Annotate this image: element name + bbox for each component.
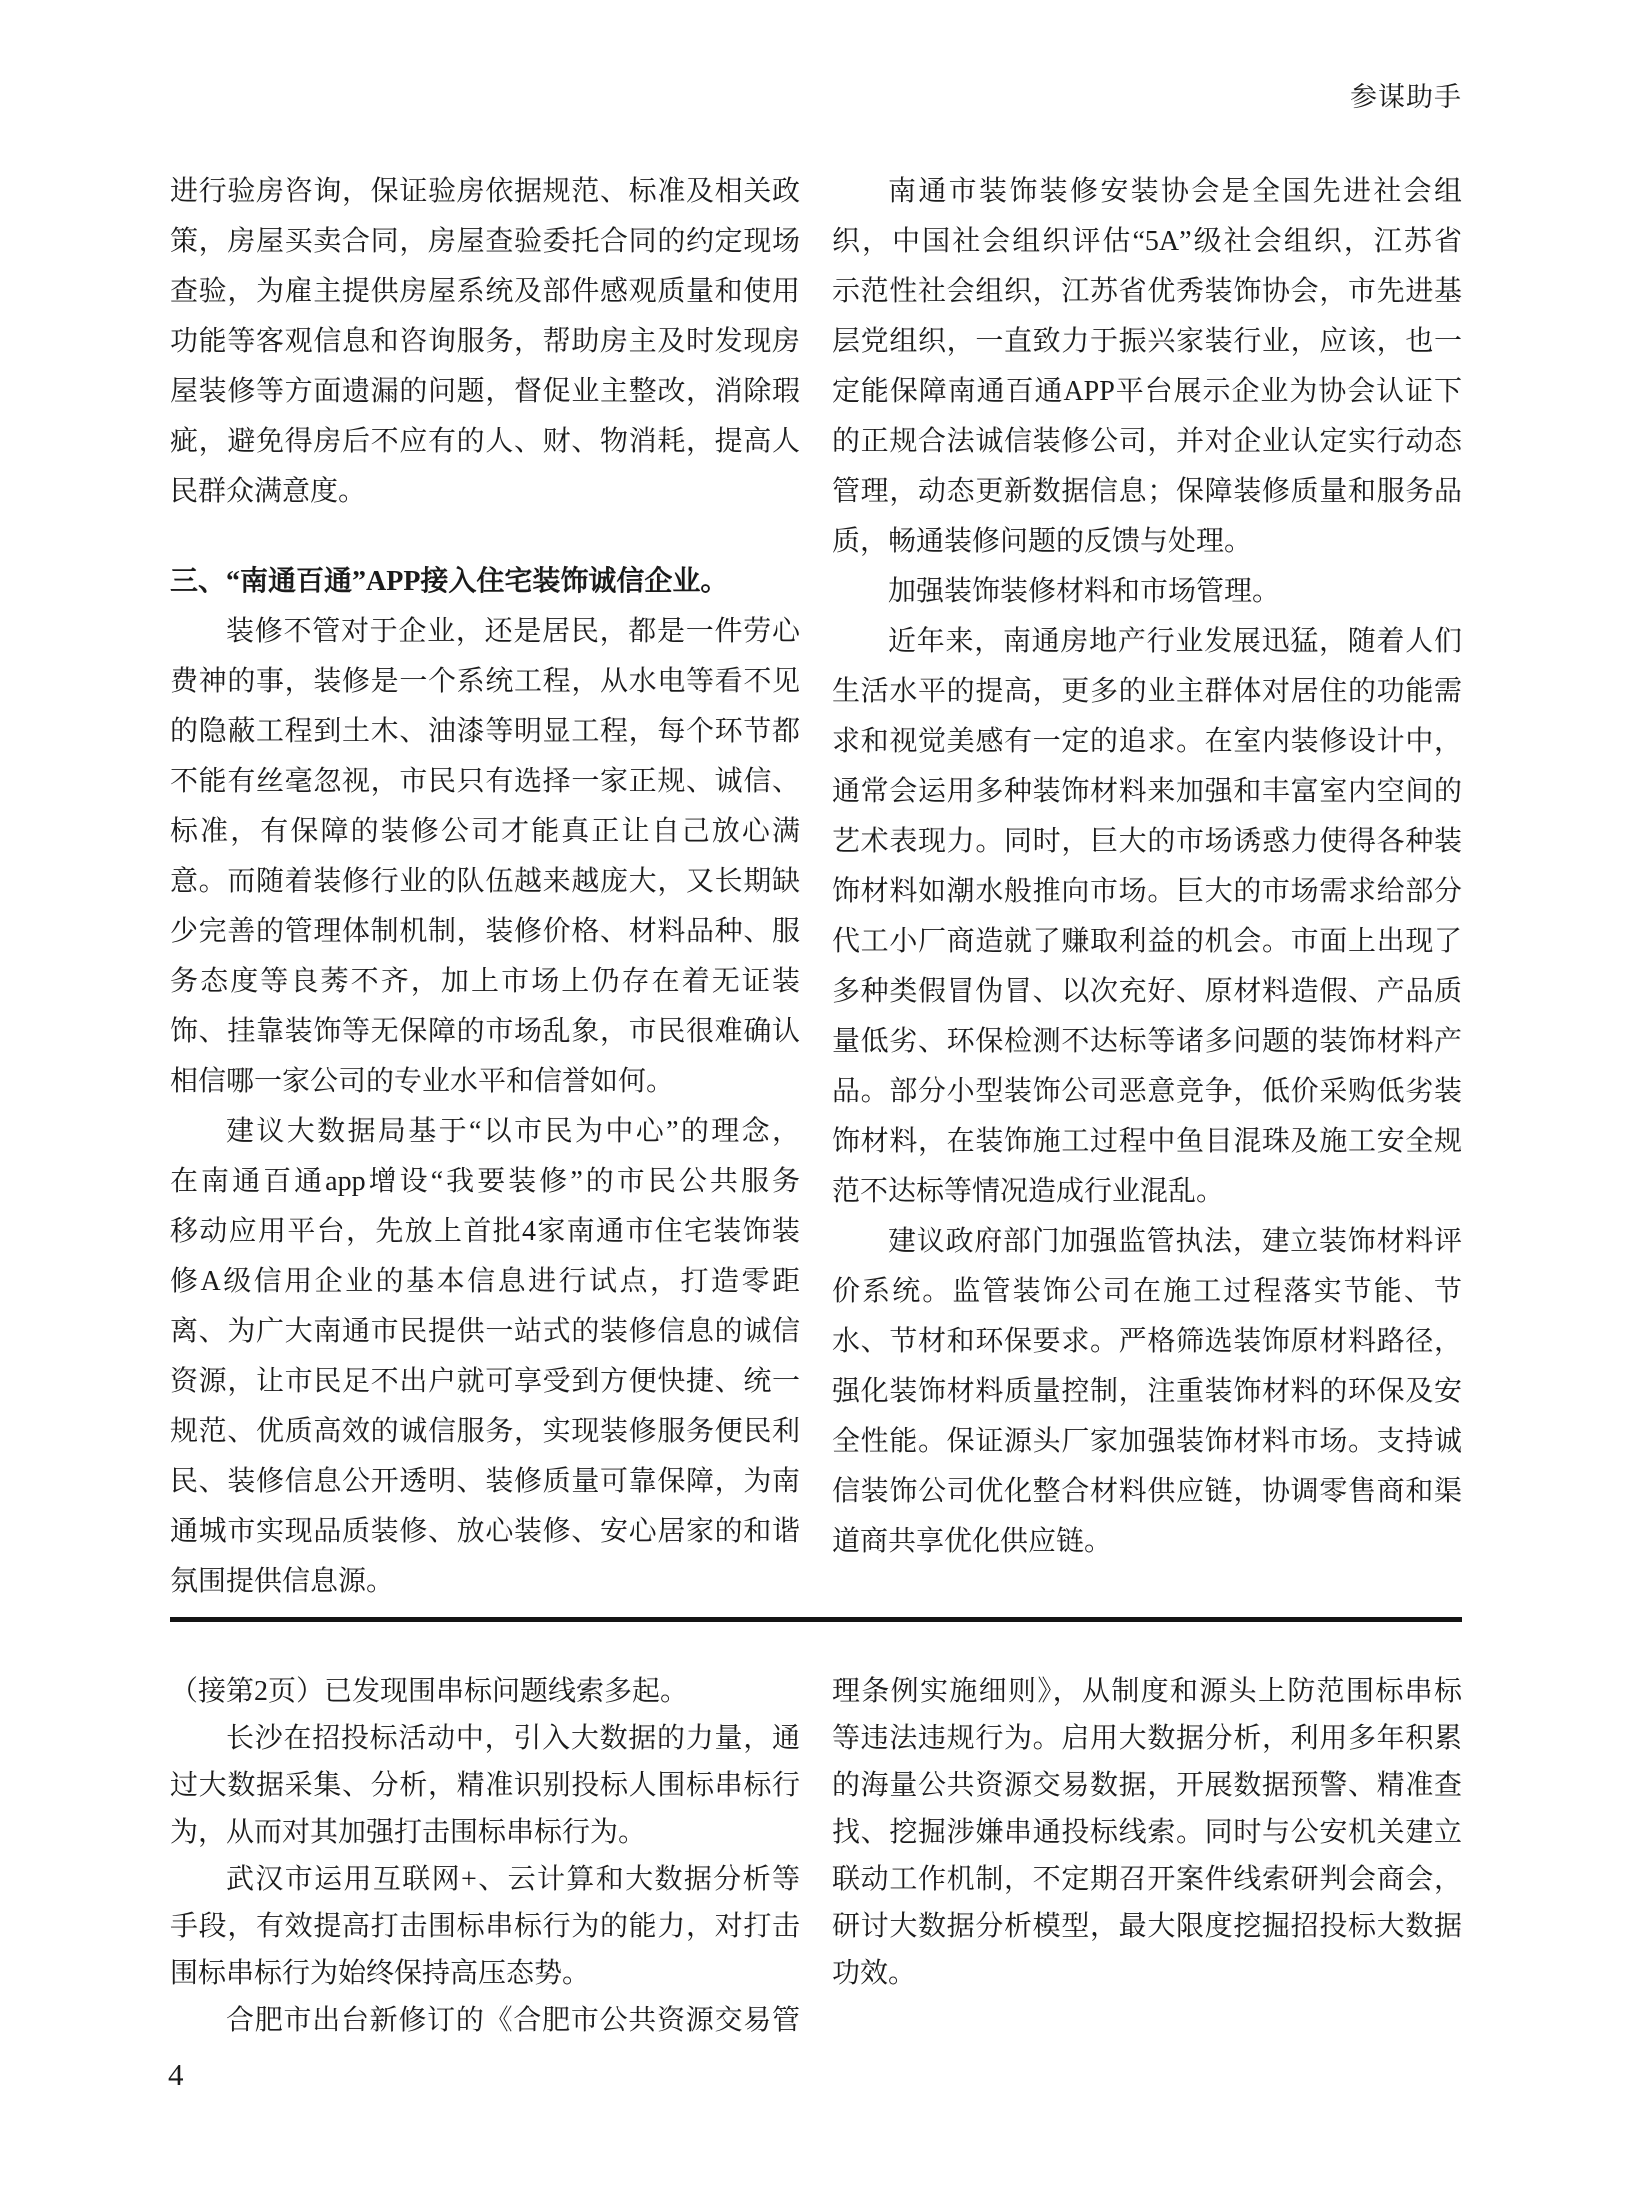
text-line: 质，畅通装修问题的反馈与处理。 [832, 517, 1462, 567]
text-line: 生活水平的提高，更多的业主群体对居住的功能需 [832, 667, 1462, 717]
text-line: 在南通百通app增设“我要装修”的市民公共服务 [170, 1157, 800, 1207]
text-line: 规范、优质高效的诚信服务，实现装修服务便民利 [170, 1407, 800, 1457]
text-line: 定能保障南通百通APP平台展示企业为协会认证下 [832, 367, 1462, 417]
text-line: 示范性社会组织，江苏省优秀装饰协会，市先进基 [832, 267, 1462, 317]
text-line: 价系统。监管装饰公司在施工过程落实节能、节 [832, 1267, 1462, 1317]
text-line: 层党组织，一直致力于振兴家装行业，应该，也一 [832, 317, 1462, 367]
text-line: 为，从而对其加强打击围标串标行为。 [170, 1809, 800, 1856]
top-section: 进行验房咨询，保证验房依据规范、标准及相关政策，房屋买卖合同，房屋查验委托合同的… [170, 167, 1462, 1607]
top-right-column: 南通市装饰装修安装协会是全国先进社会组织，中国社会组织评估“5A”级社会组织，江… [832, 167, 1462, 1607]
text-line: 多种类假冒伪冒、以次充好、原材料造假、产品质 [832, 967, 1462, 1017]
text-line: 进行验房咨询，保证验房依据规范、标准及相关政 [170, 167, 800, 217]
bottom-left-column: （接第2页）已发现围串标问题线索多起。长沙在招投标活动中，引入大数据的力量，通过… [170, 1668, 800, 2044]
text-line: 务态度等良莠不齐，加上市场上仍存在着无证装 [170, 957, 800, 1007]
text-line: 屋装修等方面遗漏的问题，督促业主整改，消除瑕 [170, 367, 800, 417]
text-line: 代工小厂商造就了赚取利益的机会。市面上出现了 [832, 917, 1462, 967]
text-line: 道商共享优化供应链。 [832, 1517, 1462, 1567]
text-line: 信装饰公司优化整合材料供应链，协调零售商和渠 [832, 1467, 1462, 1517]
text-line: 的正规合法诚信装修公司，并对企业认定实行动态 [832, 417, 1462, 467]
text-line: 功能等客观信息和咨询服务，帮助房主及时发现房 [170, 317, 800, 367]
section-heading: 三、“南通百通”APP接入住宅装饰诚信企业。 [170, 557, 800, 607]
text-line: 围标串标行为始终保持高压态势。 [170, 1950, 800, 1997]
text-line: 品。部分小型装饰公司恶意竞争，低价采购低劣装 [832, 1067, 1462, 1117]
text-line: 民、装修信息公开透明、装修质量可靠保障，为南 [170, 1457, 800, 1507]
text-line: 不能有丝毫忽视，市民只有选择一家正规、诚信、 [170, 757, 800, 807]
text-line: 查验，为雇主提供房屋系统及部件感观质量和使用 [170, 267, 800, 317]
text-line: 过大数据采集、分析，精准识别投标人围标串标行 [170, 1762, 800, 1809]
text-line: 民群众满意度。 [170, 467, 800, 517]
text-line: 管理，动态更新数据信息；保障装修质量和服务品 [832, 467, 1462, 517]
document-page: 参谋助手 进行验房咨询，保证验房依据规范、标准及相关政策，房屋买卖合同，房屋查验… [0, 0, 1632, 2199]
text-line: 水、节材和环保要求。严格筛选装饰原材料路径， [832, 1317, 1462, 1367]
text-line: 建议大数据局基于“以市民为中心”的理念， [170, 1107, 800, 1157]
text-line: 费神的事，装修是一个系统工程，从水电等看不见 [170, 657, 800, 707]
text-line: 强化装饰材料质量控制，注重装饰材料的环保及安 [832, 1367, 1462, 1417]
text-line: 加强装饰装修材料和市场管理。 [832, 567, 1462, 617]
text-line: 长沙在招投标活动中，引入大数据的力量，通 [170, 1715, 800, 1762]
page-number: 4 [168, 2056, 184, 2094]
text-line: 范不达标等情况造成行业混乱。 [832, 1167, 1462, 1217]
text-line: 合肥市出台新修订的《合肥市公共资源交易管 [170, 1997, 800, 2044]
text-line: 武汉市运用互联网+、云计算和大数据分析等 [170, 1856, 800, 1903]
text-line: 的海量公共资源交易数据，开展数据预警、精准查 [832, 1762, 1462, 1809]
text-line: 少完善的管理体制机制，装修价格、材料品种、服 [170, 907, 800, 957]
text-line: 建议政府部门加强监管执法，建立装饰材料评 [832, 1217, 1462, 1267]
running-head: 参谋助手 [1350, 80, 1462, 114]
text-line: （接第2页）已发现围串标问题线索多起。 [170, 1668, 800, 1715]
text-line: 功效。 [832, 1950, 1462, 1997]
text-line: 移动应用平台，先放上首批4家南通市住宅装饰装 [170, 1207, 800, 1257]
text-line: 相信哪一家公司的专业水平和信誉如何。 [170, 1057, 800, 1107]
text-line: 等违法违规行为。启用大数据分析，利用多年积累 [832, 1715, 1462, 1762]
bottom-right-column: 理条例实施细则》，从制度和源头上防范围标串标等违法违规行为。启用大数据分析，利用… [832, 1668, 1462, 2044]
bottom-section: （接第2页）已发现围串标问题线索多起。长沙在招投标活动中，引入大数据的力量，通过… [170, 1668, 1462, 2044]
text-line: 通常会运用多种装饰材料来加强和丰富室内空间的 [832, 767, 1462, 817]
text-line: 全性能。保证源头厂家加强装饰材料市场。支持诚 [832, 1417, 1462, 1467]
text-line: 饰材料，在装饰施工过程中鱼目混珠及施工安全规 [832, 1117, 1462, 1167]
text-line: 通城市实现品质装修、放心装修、安心居家的和谐 [170, 1507, 800, 1557]
text-line: 修A级信用企业的基本信息进行试点，打造零距 [170, 1257, 800, 1307]
text-line: 策，房屋买卖合同，房屋查验委托合同的约定现场 [170, 217, 800, 267]
text-line: 手段，有效提高打击围标串标行为的能力，对打击 [170, 1903, 800, 1950]
text-line: 饰、挂靠装饰等无保障的市场乱象，市民很难确认 [170, 1007, 800, 1057]
text-line: 南通市装饰装修安装协会是全国先进社会组 [832, 167, 1462, 217]
text-line: 资源，让市民足不出户就可享受到方便快捷、统一 [170, 1357, 800, 1407]
text-line: 离、为广大南通市民提供一站式的装修信息的诚信 [170, 1307, 800, 1357]
top-left-column: 进行验房咨询，保证验房依据规范、标准及相关政策，房屋买卖合同，房屋查验委托合同的… [170, 167, 800, 1607]
text-line: 标准，有保障的装修公司才能真正让自己放心满 [170, 807, 800, 857]
text-line: 量低劣、环保检测不达标等诸多问题的装饰材料产 [832, 1017, 1462, 1067]
text-line: 的隐蔽工程到土木、油漆等明显工程，每个环节都 [170, 707, 800, 757]
text-line: 意。而随着装修行业的队伍越来越庞大，又长期缺 [170, 857, 800, 907]
text-line: 织，中国社会组织评估“5A”级社会组织，江苏省 [832, 217, 1462, 267]
text-line: 研讨大数据分析模型，最大限度挖掘招投标大数据 [832, 1903, 1462, 1950]
text-line: 联动工作机制，不定期召开案件线索研判会商会， [832, 1856, 1462, 1903]
text-line: 找、挖掘涉嫌串通投标线索。同时与公安机关建立 [832, 1809, 1462, 1856]
text-line: 装修不管对于企业，还是居民，都是一件劳心 [170, 607, 800, 657]
text-line: 氛围提供信息源。 [170, 1557, 800, 1607]
text-line: 求和视觉美感有一定的追求。在室内装修设计中， [832, 717, 1462, 767]
text-line: 艺术表现力。同时，巨大的市场诱惑力使得各种装 [832, 817, 1462, 867]
text-line: 近年来，南通房地产行业发展迅猛，随着人们 [832, 617, 1462, 667]
section-divider-rule [170, 1617, 1462, 1622]
text-line: 饰材料如潮水般推向市场。巨大的市场需求给部分 [832, 867, 1462, 917]
text-line: 理条例实施细则》，从制度和源头上防范围标串标 [832, 1668, 1462, 1715]
text-line: 疵，避免得房后不应有的人、财、物消耗，提高人 [170, 417, 800, 467]
